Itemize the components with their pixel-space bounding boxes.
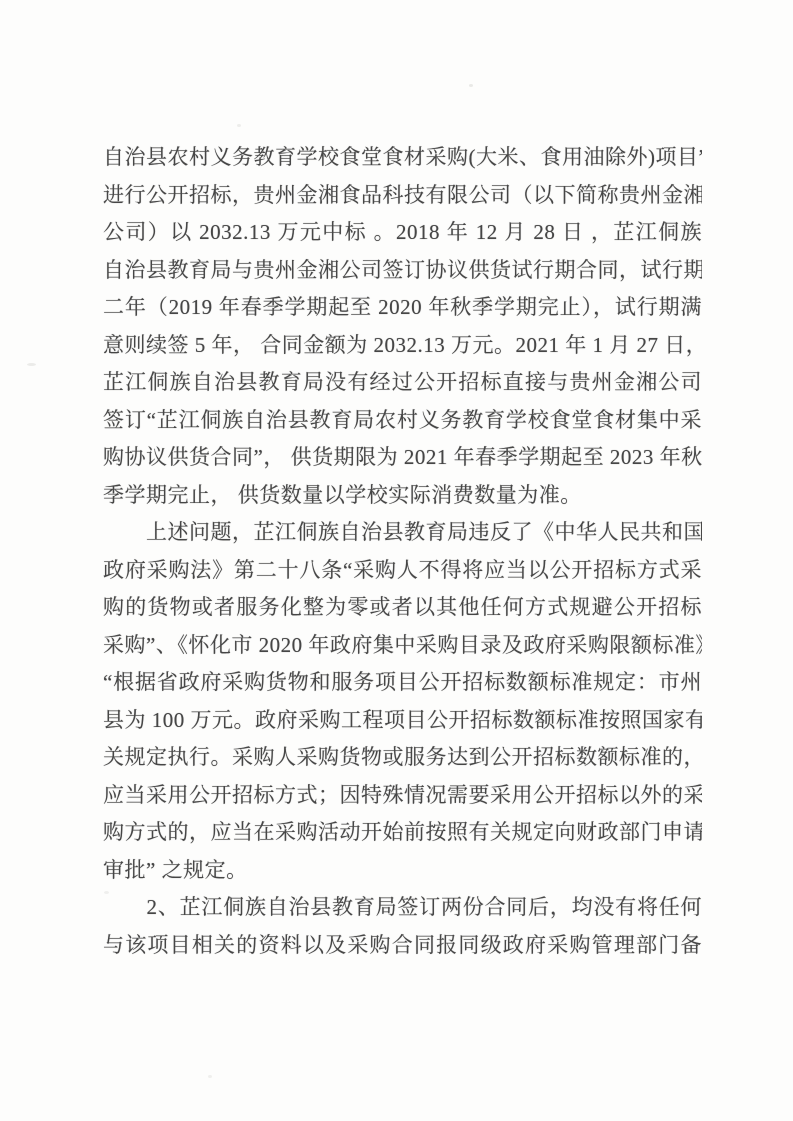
text-line: 购的货物或者服务化整为零或者以其他任何方式规避公开招标: [103, 589, 702, 627]
scan-speck: [469, 84, 473, 87]
text-block: 自治县农村义务教育学校食堂食材采购(大米、食用油除外)项目” 进行公开招标，贵州…: [103, 139, 702, 964]
scan-speck: [237, 124, 241, 127]
text-line: 上述问题，芷江侗族自治县教育局违反了《中华人民共和国: [103, 514, 702, 552]
text-line: 自治县农村义务教育学校食堂食材采购(大米、食用油除外)项目”: [103, 139, 702, 177]
text-line: “根据省政府采购货物和服务项目公开招标数额标准规定：市州: [103, 664, 702, 702]
text-line: 自治县教育局与贵州金湘公司签订协议供货试行期合同，试行期: [103, 252, 702, 290]
text-line: 二年（2019 年春季学期起至 2020 年秋季学期完止），试行期满: [103, 289, 702, 327]
document-page: 自治县农村义务教育学校食堂食材采购(大米、食用油除外)项目” 进行公开招标，贵州…: [0, 0, 793, 1121]
scan-speck: [208, 1075, 212, 1078]
text-line: 季学期完止， 供货数量以学校实际消费数量为准。: [103, 477, 702, 515]
text-line: 关规定执行。采购人采购货物或服务达到公开招标数额标准的，: [103, 739, 702, 777]
text-line: 购协议供货合同”， 供货期限为 2021 年春季学期起至 2023 年秋: [103, 439, 702, 477]
text-line: 意则续签 5 年， 合同金额为 2032.13 万元。2021 年 1 月 27…: [103, 327, 702, 365]
text-line: 2、芷江侗族自治县教育局签订两份合同后，均没有将任何: [103, 889, 702, 927]
scan-speck: [27, 363, 36, 366]
text-line: 采购”、《怀化市 2020 年政府集中采购目录及政府采购限额标准》: [103, 627, 702, 665]
text-line: 审批” 之规定。: [103, 852, 702, 890]
text-line: 公司）以 2032.13 万元中标 。2018 年 12 月 28 日 ，芷江侗…: [103, 214, 702, 252]
text-line: 购方式的，应当在采购活动开始前按照有关规定向财政部门申请: [103, 814, 702, 852]
text-line: 政府采购法》第二十八条“采购人不得将应当以公开招标方式采: [103, 552, 702, 590]
text-line: 签订“芷江侗族自治县教育局农村义务教育学校食堂食材集中采: [103, 402, 702, 440]
text-line: 县为 100 万元。政府采购工程项目公开招标数额标准按照国家有: [103, 702, 702, 740]
text-line: 应当采用公开招标方式；因特殊情况需要采用公开招标以外的采: [103, 777, 702, 815]
text-line: 芷江侗族自治县教育局没有经过公开招标直接与贵州金湘公司: [103, 364, 702, 402]
text-line: 进行公开招标，贵州金湘食品科技有限公司（以下简称贵州金湘: [103, 177, 702, 215]
text-line: 与该项目相关的资料以及采购合同报同级政府采购管理部门备: [103, 927, 702, 965]
